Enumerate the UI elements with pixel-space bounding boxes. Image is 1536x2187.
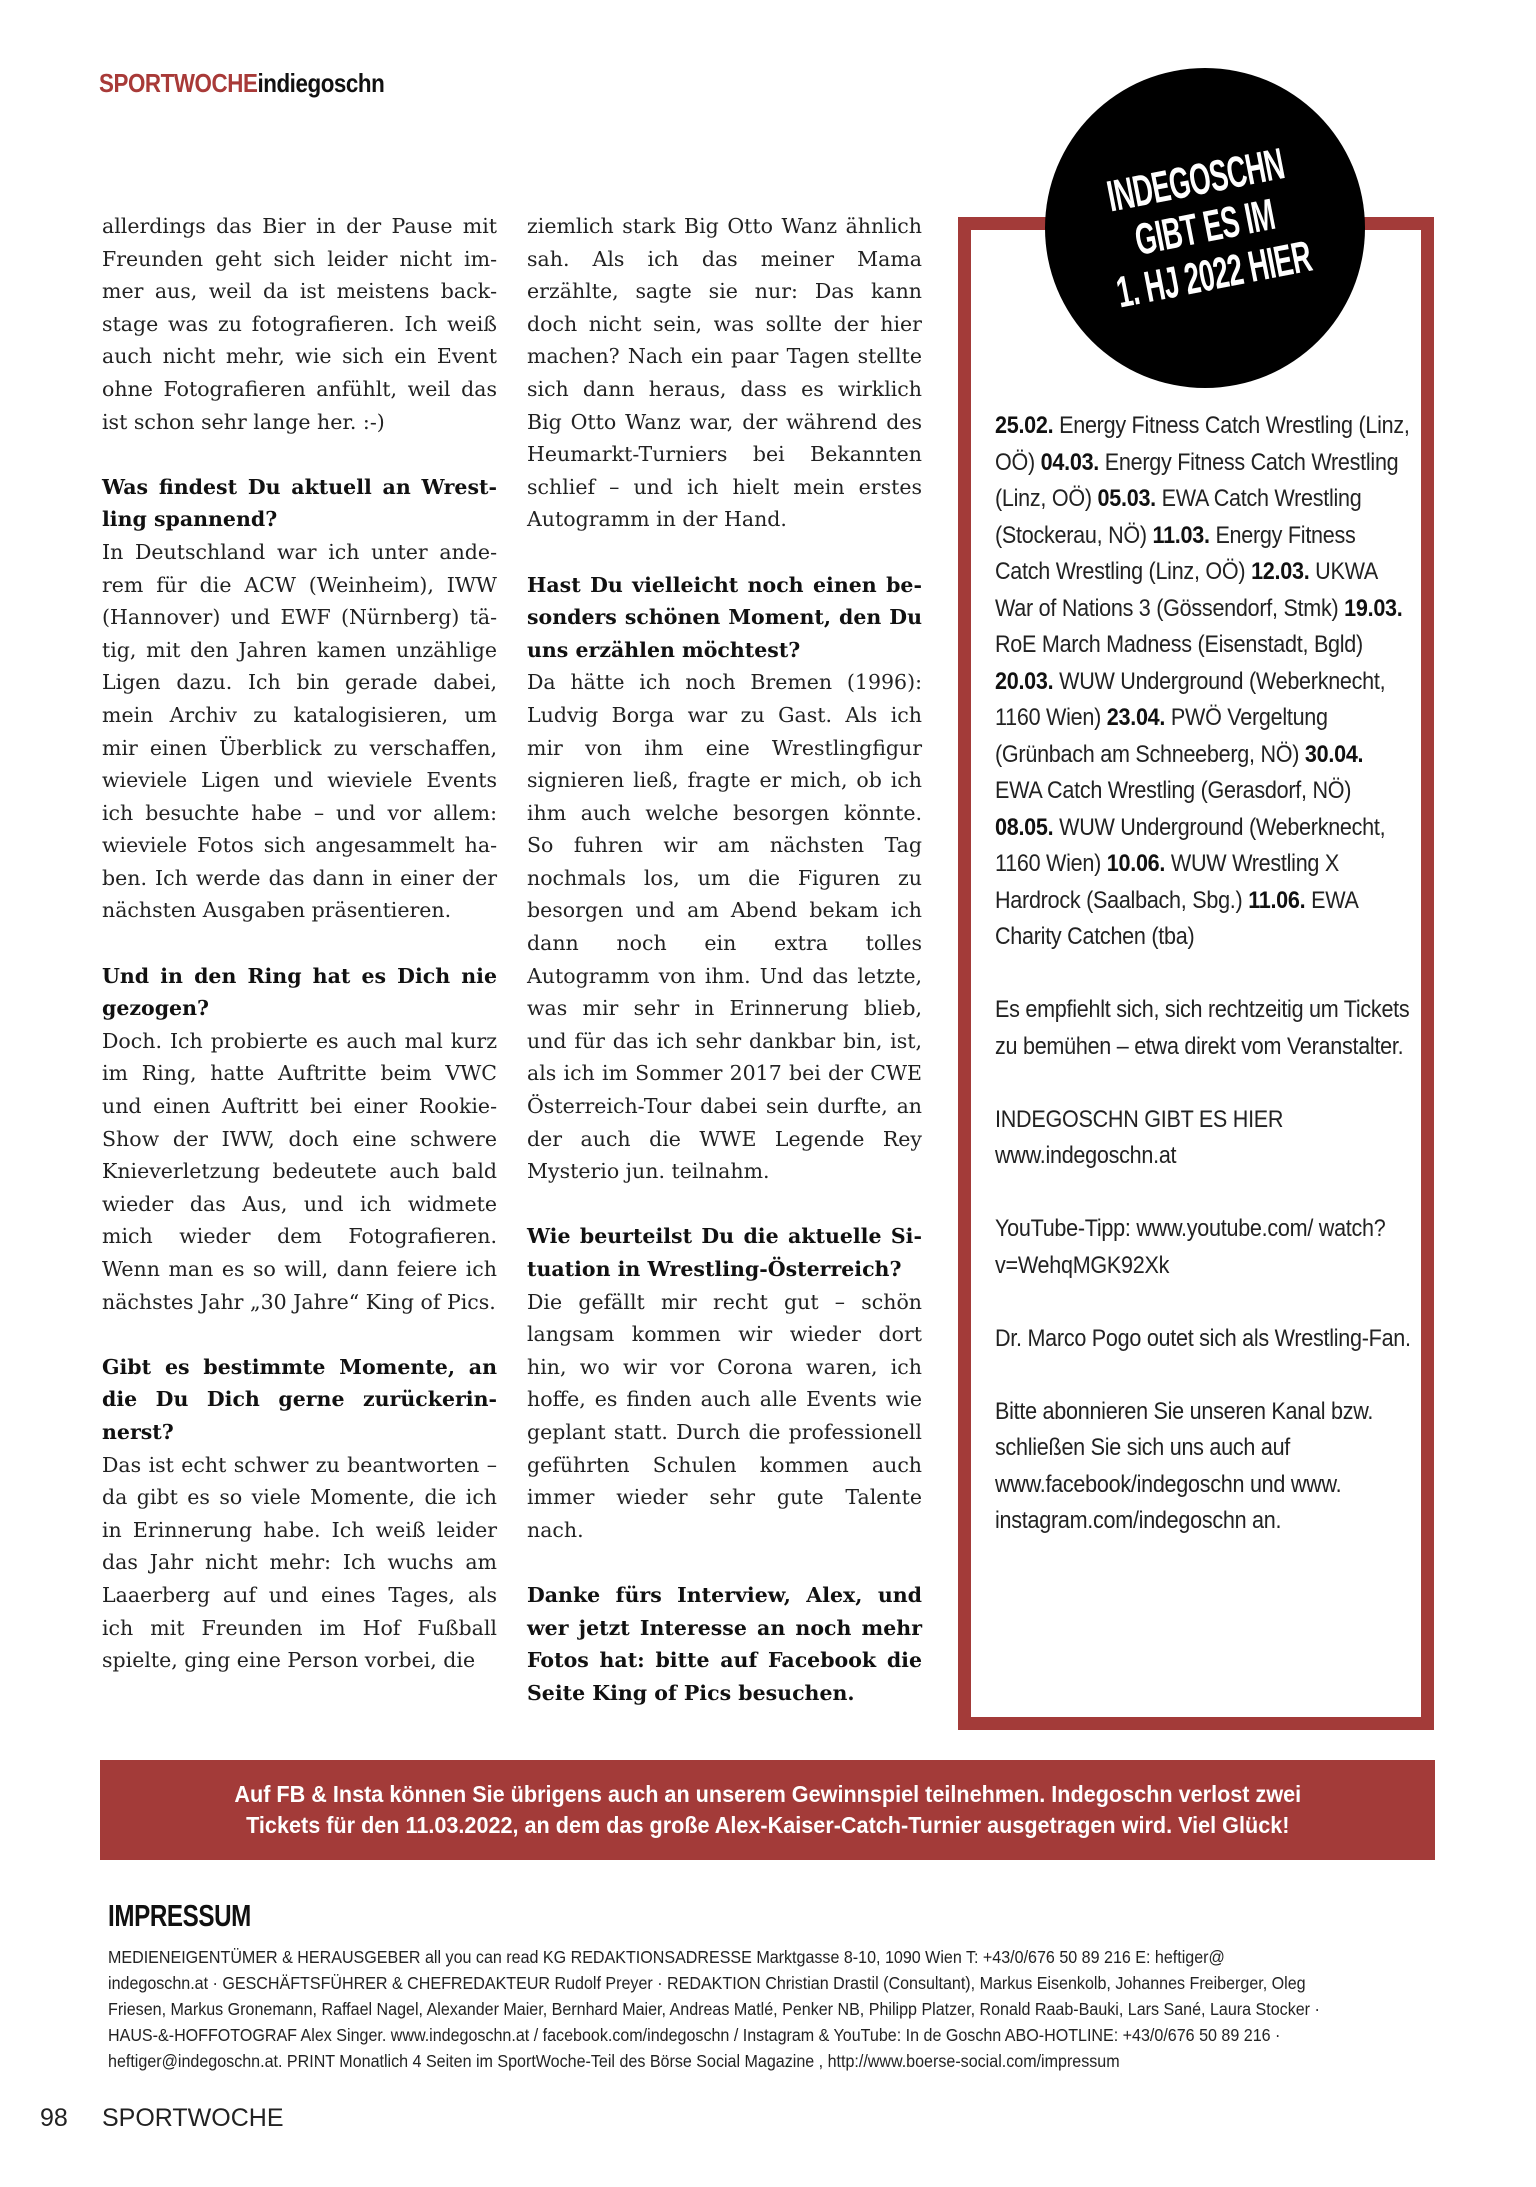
sidebar-badge: INDEGOSCHN GIBT ES IM 1. HJ 2022 HIER [1045, 68, 1365, 388]
masthead-indiegoschn: indiegoschn [257, 68, 384, 98]
article-paragraph: ziemlich stark Big Otto Wanz ähn­lich sa… [527, 210, 922, 536]
event-date: 05.03. [1098, 485, 1156, 512]
event-date: 08.05. [995, 814, 1053, 841]
interview-question: Gibt es bestimmte Momente, an die Du Dic… [102, 1351, 497, 1449]
interview-question: Hast Du vielleicht noch einen be­sonders… [527, 569, 922, 667]
subscribe-note: Bitte abonnieren Sie unseren Kanal bzw. … [995, 1394, 1413, 1540]
interview-question: Wie beurteilst Du die aktuelle Si­tuatio… [527, 1220, 922, 1285]
banner-line: Auf FB & Insta können Sie übrigens auch … [234, 1779, 1301, 1810]
impressum-line: HAUS-&-HOFFOTOGRAF Alex Singer. www.inde… [108, 2022, 1352, 2048]
tickets-note: Es empfiehlt sich, sich rechtzeitig um T… [995, 992, 1413, 1065]
banner-line: Tickets für den 11.03.2022, an dem das g… [234, 1810, 1301, 1841]
impressum-line: heftiger@indegoschn.at. PRINT Monatlich … [108, 2048, 1352, 2074]
event-date: 19.03. [1344, 595, 1402, 622]
event-date: 23.04. [1107, 704, 1165, 731]
event-date: 30.04. [1305, 741, 1363, 768]
impressum-title: IMPRESSUM [108, 1898, 251, 1934]
interview-question: Was findest Du aktuell an Wrest­ling spa… [102, 471, 497, 536]
event-date: 04.03. [1041, 449, 1099, 476]
impressum-line: MEDIENEIGENTÜMER & HERAUSGEBER all you c… [108, 1944, 1352, 1970]
where-url-link[interactable]: www.indegoschn.at [995, 1142, 1176, 1169]
giveaway-banner: Auf FB & Insta können Sie übrigens auch … [100, 1760, 1435, 1860]
impressum-line: indegoschn.at · GESCHÄFTSFÜHRER & CHEFRE… [108, 1970, 1352, 1996]
event-date: 12.03. [1251, 558, 1309, 585]
event-date: 25.02. [995, 412, 1053, 439]
interview-answer: Doch. Ich probierte es auch mal kurz im … [102, 1025, 497, 1318]
where-to-get: INDEGOSCHN GIBT ES HIERwww.indegoschn.at [995, 1102, 1413, 1175]
impressum-line: Friesen, Markus Gronemann, Raffael Nagel… [108, 1996, 1352, 2022]
article-column-2: ziemlich stark Big Otto Wanz ähn­lich sa… [527, 210, 922, 1709]
where-title: INDEGOSCHN GIBT ES HIER [995, 1106, 1283, 1133]
page-number: 98 [40, 2104, 102, 2133]
pogo-note: Dr. Marco Pogo outet sich als Wrest­ling… [995, 1321, 1413, 1358]
event-text: EWA Catch Wrestling (Gerasdorf, NÖ) [995, 777, 1351, 804]
youtube-tip: YouTube-Tipp: www.youtube.com/ watch?v=W… [995, 1211, 1413, 1284]
event-list: 25.02. Energy Fitness Catch Wrestling (L… [995, 408, 1413, 956]
article-column-1: allerdings das Bier in der Pause mit Fre… [102, 210, 497, 1677]
interview-answer: In Deutschland war ich unter ande­rem fü… [102, 536, 497, 927]
interview-question: Und in den Ring hat es Dich nie gezogen? [102, 960, 497, 1025]
event-date: 20.03. [995, 668, 1053, 695]
article-paragraph: allerdings das Bier in der Pause mit Fre… [102, 210, 497, 438]
interview-closing: Danke fürs Interview, Alex, und wer jetz… [527, 1579, 922, 1709]
interview-answer: Da hätte ich noch Bremen (1996): Ludvig … [527, 666, 922, 1188]
event-date: 11.06. [1248, 887, 1305, 914]
masthead-logo: SPORTWOCHEindiegoschn [99, 68, 384, 99]
interview-answer: Das ist echt schwer zu beantworten – da … [102, 1449, 497, 1677]
masthead-sportwoche: SPORTWOCHE [99, 68, 257, 98]
event-date: 10.06. [1107, 850, 1165, 877]
interview-answer: Die gefällt mir recht gut – schön langsa… [527, 1286, 922, 1547]
events-sidebar-content: 25.02. Energy Fitness Catch Wrestling (L… [995, 408, 1415, 1576]
event-text: RoE March Madness (Eisenstadt, Bgld) [995, 631, 1363, 658]
page-footer: 98SPORTWOCHE [40, 2104, 284, 2133]
event-date: 11.03. [1153, 522, 1210, 549]
impressum-body: MEDIENEIGENTÜMER & HERAUSGEBER all you c… [108, 1944, 1438, 2074]
footer-section: SPORTWOCHE [102, 2104, 284, 2132]
